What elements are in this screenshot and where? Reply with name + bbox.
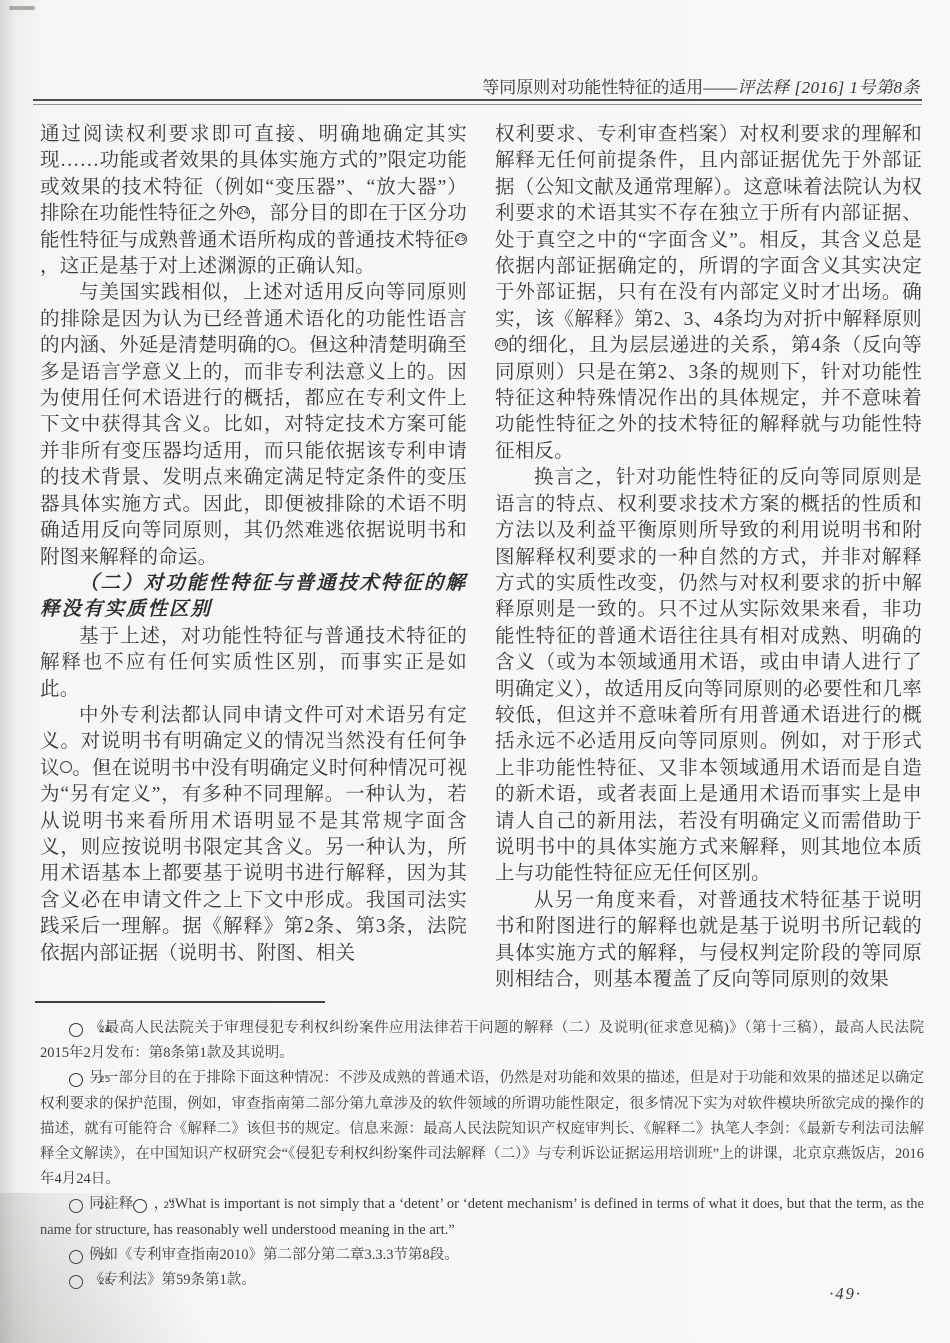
running-header-dash: —— — [703, 78, 737, 97]
footnote-ref-28-icon: 28 — [495, 338, 508, 351]
footnote-separator — [35, 1001, 325, 1003]
running-header-title: 等同原则对功能性特征的适用 — [482, 78, 703, 97]
footnote-ref-25-icon: 25 — [455, 233, 468, 246]
footnote-ref-28-icon: 28 — [69, 1275, 83, 1289]
section-heading: （二）对功能性特征与普通技术特征的解释没有实质性区别 — [40, 571, 467, 624]
footnote-27: 27例如《专利审查指南2010》第二部分第二章3.3.3节第8段。 — [40, 1243, 924, 1268]
footnote-ref-24-icon: 24 — [237, 206, 250, 219]
body-paragraph: 通过阅读权利要求即可直接、明确地确定其实现……功能或者效果的具体实施方式的”限定… — [40, 122, 467, 280]
scan-artifact-mark — [9, 6, 35, 10]
body-paragraph: 与美国实践相似，上述对适用反向等同原则的排除是因为认为已经普通术语化的功能性语言… — [40, 280, 467, 570]
running-header-subtitle: 评法释 [2016] 1号第8条 — [737, 78, 920, 97]
body-paragraph: 权利要求、专利审查档案）对权利要求的理解和解释无任何前提条件，且内部证据优先于外… — [495, 122, 922, 465]
header-rule — [33, 99, 922, 105]
footnote-24: 24《最高人民法院关于审理侵犯专利权纠纷案件应用法律若干问题的解释（二）及说明(… — [40, 1016, 924, 1066]
page-number: ·49· — [829, 1284, 862, 1304]
footnote-ref-24-icon: 24 — [69, 1023, 83, 1037]
footnote-ref-23-icon: 23 — [133, 1199, 147, 1213]
column-right: 权利要求、专利审查档案）对权利要求的理解和解释无任何前提条件，且内部证据优先于外… — [495, 122, 922, 993]
scanned-journal-page: 等同原则对功能性特征的适用——评法释 [2016] 1号第8条 通过阅读权利要求… — [0, 0, 950, 1343]
footnotes: 24《最高人民法院关于审理侵犯专利权纠纷案件应用法律若干问题的解释（二）及说明(… — [40, 1016, 924, 1293]
footnote-25: 25另一部分目的在于排除下面这种情况：不涉及成熟的普通术语，仍然是对功能和效果的… — [40, 1066, 924, 1192]
body-columns: 通过阅读权利要求即可直接、明确地确定其实现……功能或者效果的具体实施方式的”限定… — [40, 122, 922, 993]
footnote-ref-25-icon: 25 — [69, 1073, 83, 1087]
footnote-ref-26-icon: 26 — [277, 338, 290, 351]
footnote-26: 26同注释23，“What is important is not simply… — [40, 1192, 924, 1242]
body-paragraph: 基于上述，对功能性特征与普通技术特征的解释也不应有任何实质性区别，而事实正是如此… — [40, 624, 467, 703]
footnote-ref-27-icon: 27 — [60, 761, 73, 774]
footnote-ref-27-icon: 27 — [69, 1250, 83, 1264]
body-paragraph: 从另一角度来看，对普通技术特征基于说明书和附图进行的解释也就是基于说明书所记载的… — [495, 888, 922, 994]
column-left: 通过阅读权利要求即可直接、明确地确定其实现……功能或者效果的具体实施方式的”限定… — [40, 122, 467, 993]
footnote-28: 28《专利法》第59条第1款。 — [40, 1268, 924, 1293]
footnote-ref-26-icon: 26 — [69, 1199, 83, 1213]
body-paragraph: 中外专利法都认同申请文件可对术语另有定义。对说明书有明确定义的情况当然没有任何争… — [40, 703, 467, 967]
body-paragraph: 换言之，针对功能性特征的反向等同原则是语言的特点、权利要求技术方案的概括的性质和… — [495, 465, 922, 888]
running-header: 等同原则对功能性特征的适用——评法释 [2016] 1号第8条 — [40, 73, 920, 98]
